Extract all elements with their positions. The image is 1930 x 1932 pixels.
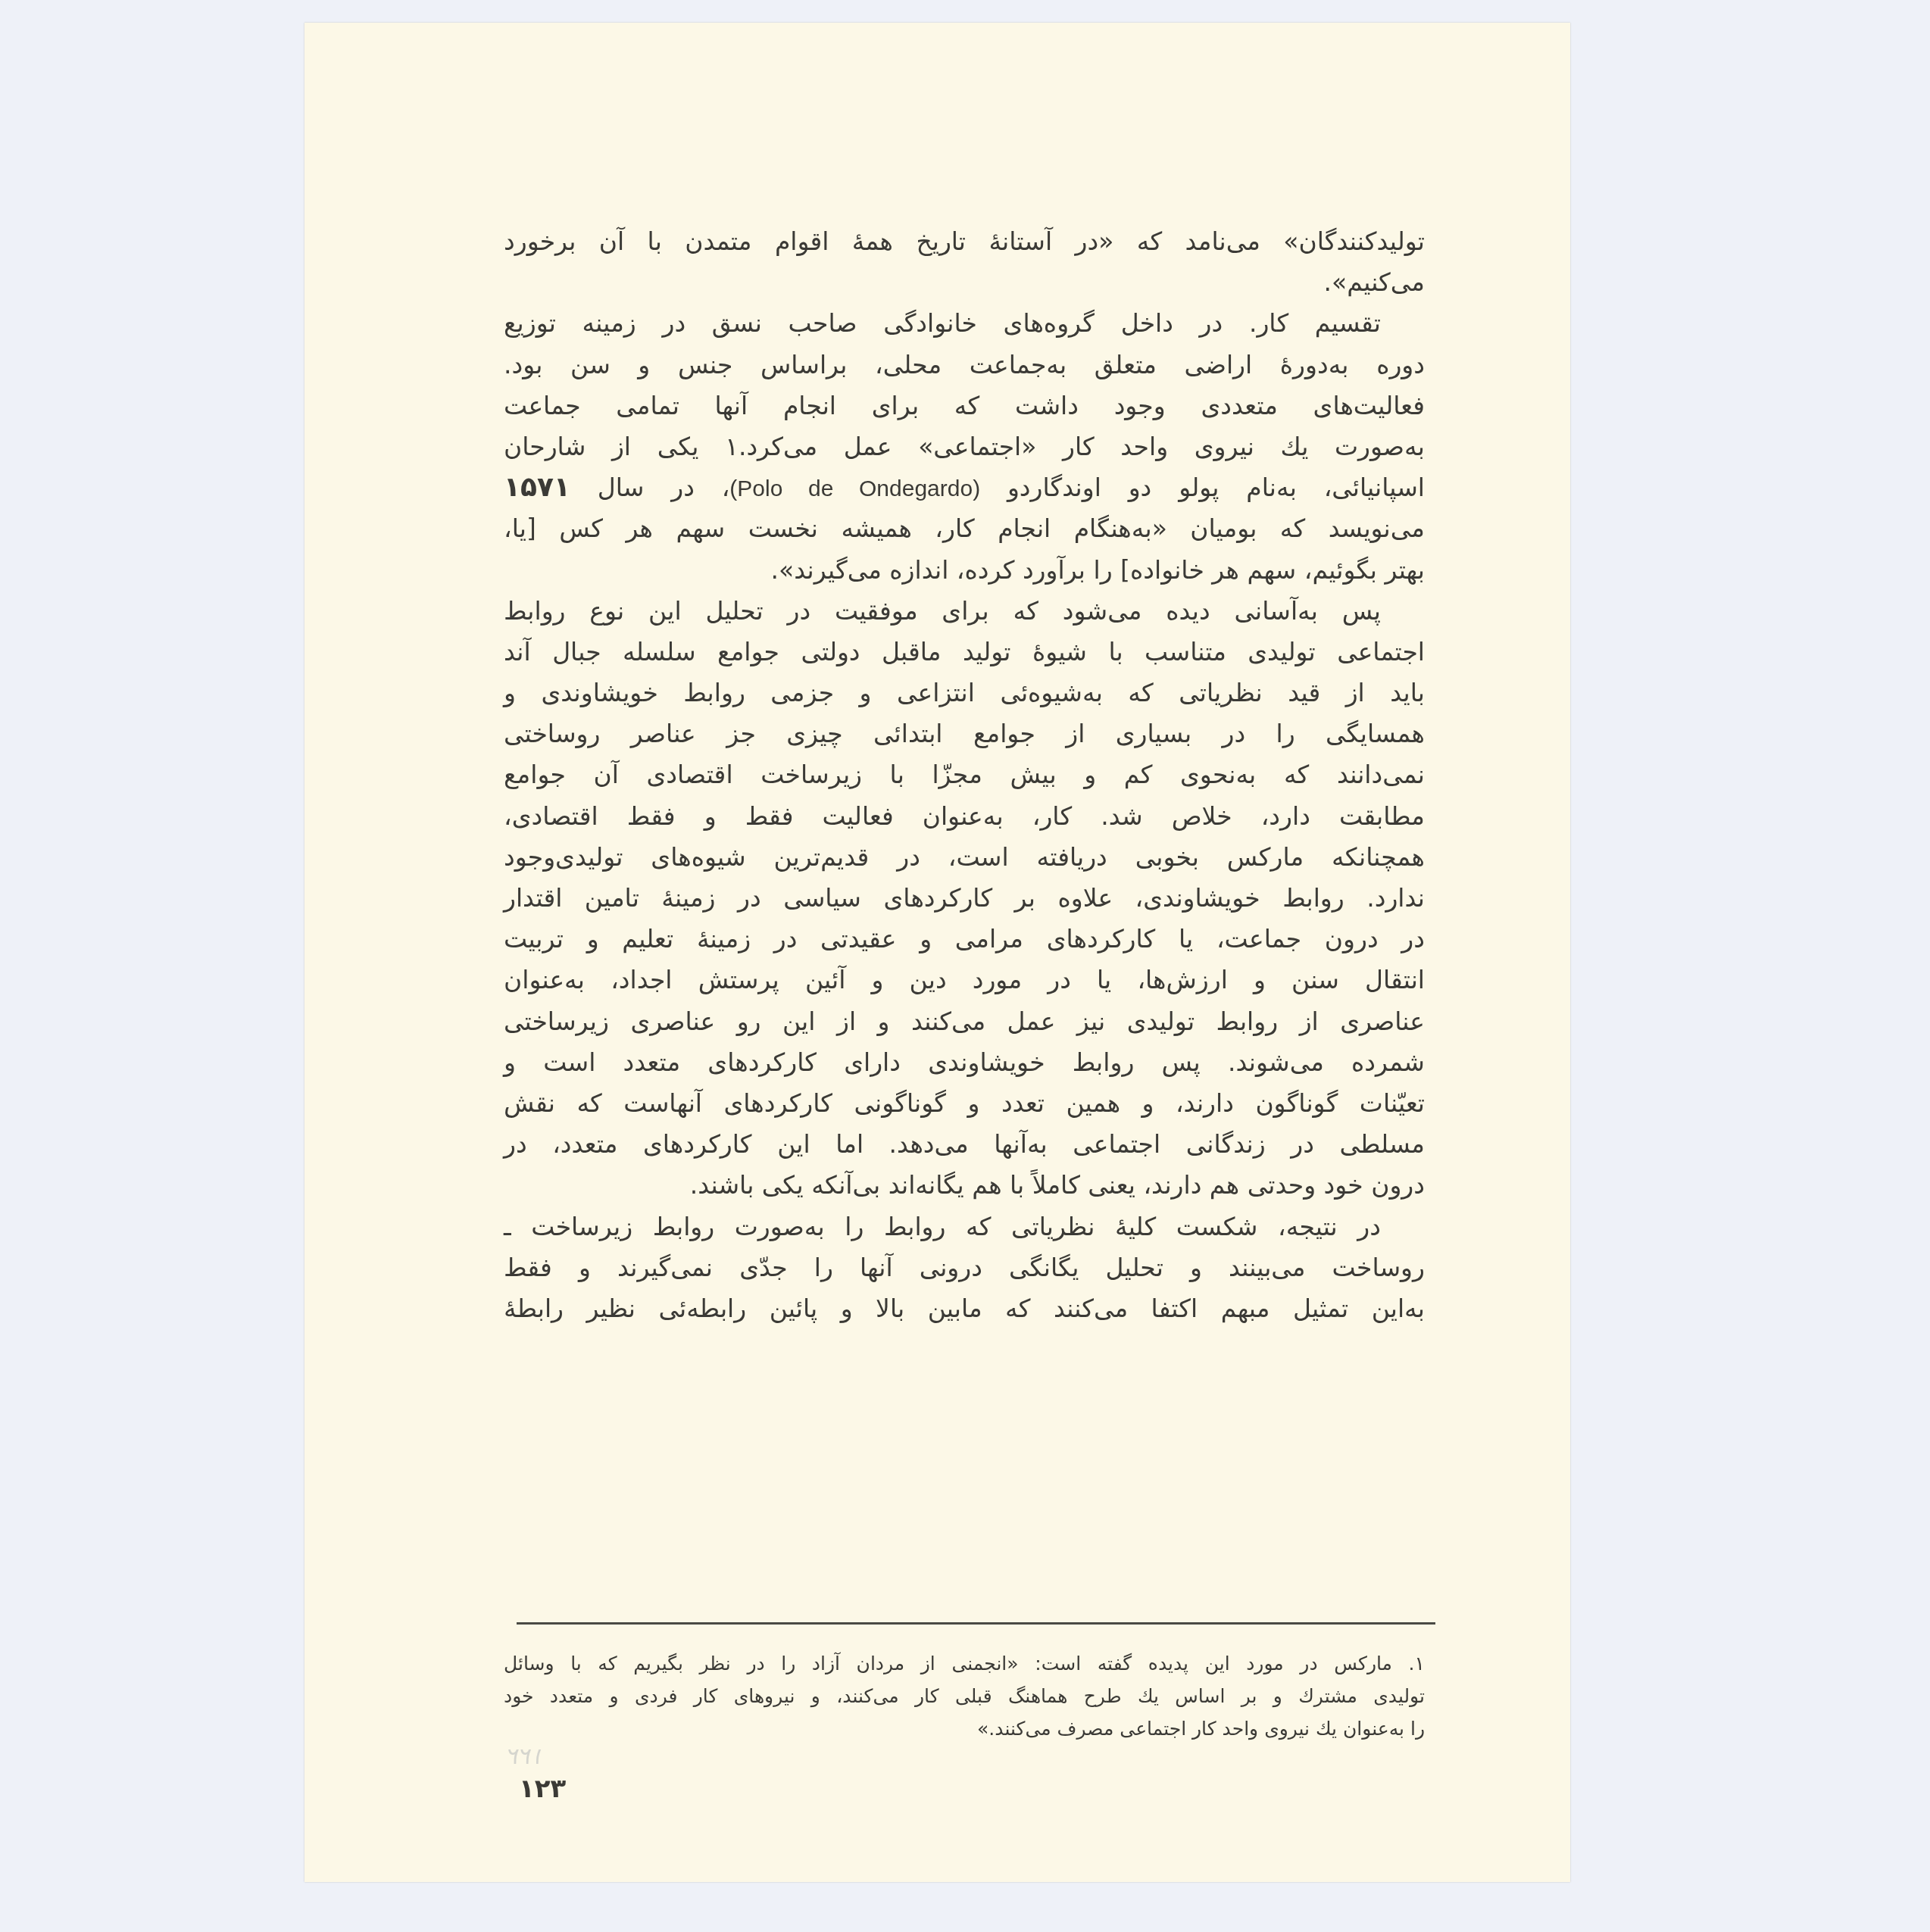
text-line: فعالیت‌های متعددی وجود داشت که برای انجا… — [504, 385, 1425, 426]
footnote-divider — [517, 1622, 1435, 1625]
text-line: در درون جماعت، یا کارکردهای مرامی و عقید… — [504, 919, 1425, 960]
paragraph-start-line: تقسیم کار. در داخل گروه‌های خانوادگی صاح… — [504, 303, 1425, 344]
year-number: ۱۵۷۱ — [504, 472, 570, 503]
line-segment: ، در سال — [570, 473, 729, 502]
text-line: می‌نویسد که بومیان «به‌هنگام انجام کار، … — [504, 508, 1425, 549]
book-page: تولیدکنندگان» می‌نامد که «در آستانهٔ تار… — [304, 23, 1570, 1882]
body-text: تولیدکنندگان» می‌نامد که «در آستانهٔ تار… — [504, 221, 1425, 1329]
text-line: می‌کنیم». — [504, 262, 1425, 303]
text-line: دوره به‌دورهٔ اراضی متعلق به‌جماعت محلی،… — [504, 345, 1425, 385]
text-line: تولیدکنندگان» می‌نامد که «در آستانهٔ تار… — [504, 221, 1425, 262]
paragraph-start-line: پس به‌آسانی دیده می‌شود که برای موفقیت د… — [504, 591, 1425, 632]
text-line: بهتر بگوئیم، سهم هر خانواده] را برآورد ک… — [504, 550, 1425, 591]
text-line: به‌این تمثیل مبهم اکتفا می‌کنند که مابین… — [504, 1288, 1425, 1329]
text-line: درون خود وحدتی هم دارند، یعنی کاملاً با … — [504, 1165, 1425, 1206]
text-line: همسایگی را در بسیاری از جوامع ابتدائی چی… — [504, 713, 1425, 754]
text-line: ندارد. روابط خویشاوندی، علاوه بر کارکرده… — [504, 878, 1425, 919]
footnote-line: ۱. مارکس در مورد این پدیده گفته است: «ان… — [504, 1647, 1425, 1680]
line-segment: اسپانیائی، به‌نام پولو دو اوندگاردو — [980, 473, 1425, 502]
paragraph-start-line: در نتیجه، شکست کلیهٔ نظریاتی که روابط را… — [504, 1206, 1425, 1247]
text-line: شمرده می‌شوند. پس روابط خویشاوندی دارای … — [504, 1042, 1425, 1083]
text-line: همچنانکه مارکس بخوبی دریافته است، در قدی… — [504, 837, 1425, 878]
text-line: انتقال سنن و ارزش‌ها، یا در مورد دین و آ… — [504, 960, 1425, 1000]
text-line: تعیّنات گوناگون دارند، و همین تعدد و گون… — [504, 1083, 1425, 1124]
text-line: نمی‌دانند که به‌نحوی کم و بیش مجزّا با ز… — [504, 754, 1425, 795]
text-line: مطابقت دارد، خلاص شد. کار، به‌عنوان فعال… — [504, 796, 1425, 837]
page-number: ۱۲۳ — [519, 1774, 566, 1804]
footnote-line: تولیدی مشترك و بر اساس یك طرح هماهنگ قبل… — [504, 1680, 1425, 1712]
text-line-with-latin-name: اسپانیائی، به‌نام پولو دو اوندگاردو (Pol… — [504, 467, 1425, 508]
footnote: ۱. مارکس در مورد این پدیده گفته است: «ان… — [504, 1647, 1425, 1745]
latin-name: (Polo de Ondegardo) — [729, 476, 980, 501]
bleed-through-page-number: ۱۲۲ — [507, 1743, 544, 1770]
text-line: روساخت می‌بینند و تحلیل یگانگی درونی آنه… — [504, 1247, 1425, 1288]
text-line: اجتماعی تولیدی متناسب با شیوهٔ تولید ماق… — [504, 632, 1425, 673]
text-line: به‌صورت یك نیروی واحد کار «اجتماعی» عمل … — [504, 426, 1425, 467]
footnote-line: را به‌عنوان یك نیروی واحد کار اجتماعی مص… — [504, 1712, 1425, 1745]
text-line: مسلطی در زندگانی اجتماعی به‌آنها می‌دهد.… — [504, 1124, 1425, 1165]
text-line: عناصری از روابط تولیدی نیز عمل می‌کنند و… — [504, 1001, 1425, 1042]
text-line: باید از قید نظریاتی که به‌شیوه‌ئی انتزاع… — [504, 673, 1425, 713]
